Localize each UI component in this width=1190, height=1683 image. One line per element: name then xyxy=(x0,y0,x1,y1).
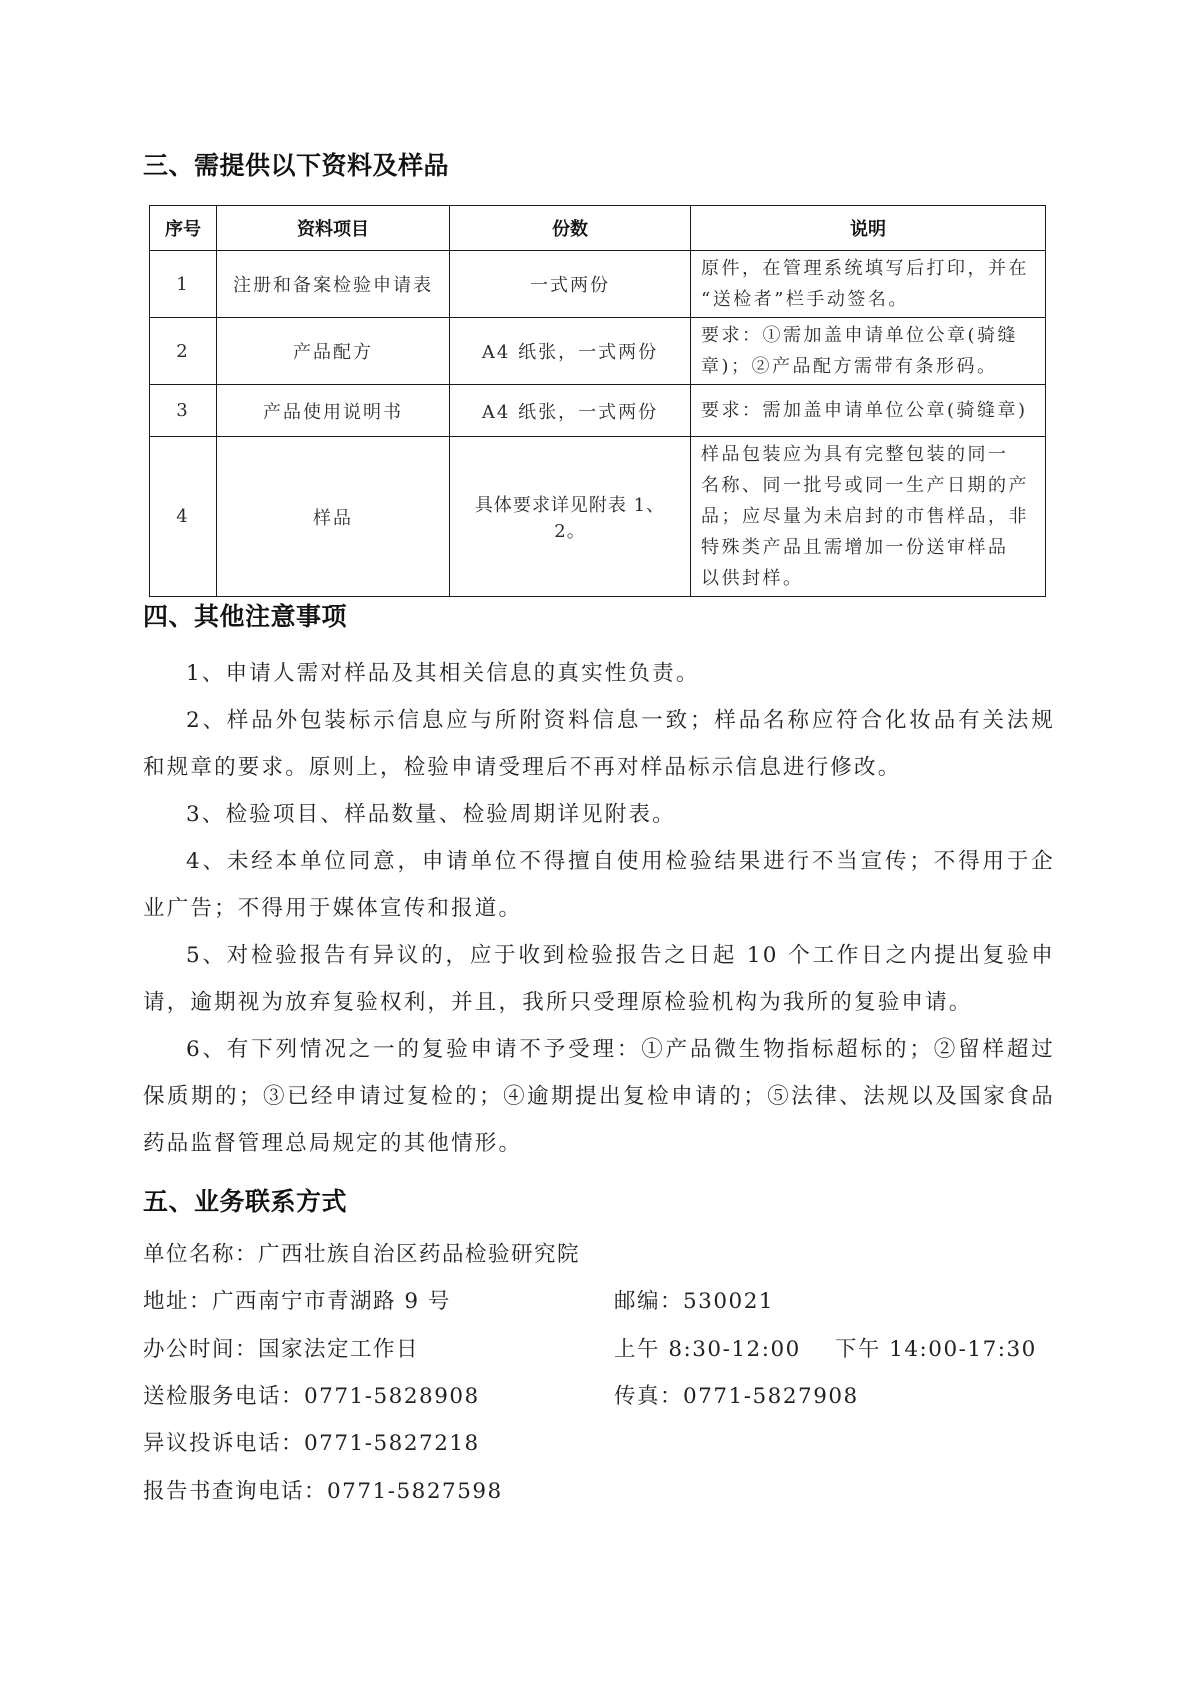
postcode: 邮编：530021 xyxy=(614,1284,774,1315)
table-header-row: 序号 资料项目 份数 说明 xyxy=(150,206,1046,251)
description-line: “送检者”栏手动签名。 xyxy=(701,284,1035,315)
note-item: 1、申请人需对样品及其相关信息的真实性负责。 xyxy=(143,650,1055,697)
description-line: 样品包装应为具有完整包装的同一 xyxy=(701,439,1035,470)
cell-description: 要求：需加盖申请单位公章(骑缝章) xyxy=(691,385,1046,437)
note-item: 2、样品外包装标示信息应与所附资料信息一致；样品名称应符合化妆品有关法规和规章的… xyxy=(143,697,1055,791)
cell-no: 2 xyxy=(150,318,217,385)
contact-complaint-row: 异议投诉电话：0771-5827218 xyxy=(143,1426,1055,1456)
header-description: 说明 xyxy=(691,206,1046,251)
table-row: 1 注册和备案检验申请表 一式两份 原件，在管理系统填写后打印，并在 “送检者”… xyxy=(150,251,1046,318)
complaint-phone: 异议投诉电话：0771-5827218 xyxy=(143,1426,480,1457)
cell-item: 产品配方 xyxy=(217,318,450,385)
table-row: 4 样品 具体要求详见附表 1、2。 样品包装应为具有完整包装的同一 名称、同一… xyxy=(150,437,1046,597)
table-row: 2 产品配方 A4 纸张，一式两份 要求：①需加盖申请单位公章(骑缝 章)；②产… xyxy=(150,318,1046,385)
description-line: 名称、同一批号或同一生产日期的产 xyxy=(701,470,1035,501)
description-line: 要求：①需加盖申请单位公章(骑缝 xyxy=(701,320,1035,351)
description-line: 特殊类产品且需增加一份送审样品 xyxy=(701,532,1035,563)
document-page: 三、需提供以下资料及样品 序号 资料项目 份数 说明 1 注册和备案检验申请表 … xyxy=(0,0,1190,1683)
cell-description: 要求：①需加盖申请单位公章(骑缝 章)；②产品配方需带有条形码。 xyxy=(691,318,1046,385)
contact-address-row: 地址：广西南宁市青湖路 9 号 邮编：530021 xyxy=(143,1284,1055,1314)
cell-description: 样品包装应为具有完整包装的同一 名称、同一批号或同一生产日期的产 品；应尽量为未… xyxy=(691,437,1046,597)
cell-no: 4 xyxy=(150,437,217,597)
cell-no: 3 xyxy=(150,385,217,437)
description-line: 原件，在管理系统填写后打印，并在 xyxy=(701,253,1035,284)
header-copies: 份数 xyxy=(450,206,691,251)
table-row: 3 产品使用说明书 A4 纸张，一式两份 要求：需加盖申请单位公章(骑缝章) xyxy=(150,385,1046,437)
section-5-title: 五、业务联系方式 xyxy=(143,1182,347,1218)
contact-phone-row: 送检服务电话：0771-5828908 传真：0771-5827908 xyxy=(143,1379,1055,1409)
description-line: 要求：需加盖申请单位公章(骑缝章) xyxy=(701,395,1035,426)
cell-copies: 一式两份 xyxy=(450,251,691,318)
description-line: 品；应尽量为未启封的市售样品，非 xyxy=(701,501,1035,532)
cell-copies: 具体要求详见附表 1、2。 xyxy=(450,437,691,597)
notes-list: 1、申请人需对样品及其相关信息的真实性负责。 2、样品外包装标示信息应与所附资料… xyxy=(143,650,1055,1167)
cell-item: 产品使用说明书 xyxy=(217,385,450,437)
address: 地址：广西南宁市青湖路 9 号 xyxy=(143,1284,451,1315)
office-hours-label: 办公时间：国家法定工作日 xyxy=(143,1332,419,1363)
note-item: 6、有下列情况之一的复验申请不予受理：①产品微生物指标超标的；②留样超过保质期的… xyxy=(143,1026,1055,1167)
cell-item: 样品 xyxy=(217,437,450,597)
cell-copies: A4 纸张，一式两份 xyxy=(450,318,691,385)
service-phone: 送检服务电话：0771-5828908 xyxy=(143,1379,480,1410)
cell-copies: A4 纸张，一式两份 xyxy=(450,385,691,437)
cell-description: 原件，在管理系统填写后打印，并在 “送检者”栏手动签名。 xyxy=(691,251,1046,318)
office-hours-am: 上午 8:30-12:00 xyxy=(614,1337,801,1362)
cell-no: 1 xyxy=(150,251,217,318)
note-item: 3、检验项目、样品数量、检验周期详见附表。 xyxy=(143,791,1055,838)
fax: 传真：0771-5827908 xyxy=(614,1379,859,1410)
description-line: 以供封样。 xyxy=(701,563,1035,594)
cell-item: 注册和备案检验申请表 xyxy=(217,251,450,318)
section-3-title: 三、需提供以下资料及样品 xyxy=(143,146,449,182)
report-query-phone: 报告书查询电话：0771-5827598 xyxy=(143,1474,503,1505)
materials-table: 序号 资料项目 份数 说明 1 注册和备案检验申请表 一式两份 原件，在管理系统… xyxy=(149,205,1046,597)
contact-report-row: 报告书查询电话：0771-5827598 xyxy=(143,1474,1055,1504)
header-item: 资料项目 xyxy=(217,206,450,251)
header-no: 序号 xyxy=(150,206,217,251)
note-item: 4、未经本单位同意，申请单位不得擅自使用检验结果进行不当宣传；不得用于企业广告；… xyxy=(143,838,1055,932)
contact-hours-row: 办公时间：国家法定工作日 上午 8:30-12:00下午 14:00-17:30 xyxy=(143,1332,1055,1362)
section-4-title: 四、其他注意事项 xyxy=(143,597,347,633)
contact-unit-name: 单位名称：广西壮族自治区药品检验研究院 xyxy=(143,1237,1055,1267)
unit-name: 单位名称：广西壮族自治区药品检验研究院 xyxy=(143,1237,580,1268)
note-item: 5、对检验报告有异议的，应于收到检验报告之日起 10 个工作日之内提出复验申请，… xyxy=(143,932,1055,1026)
office-hours-times: 上午 8:30-12:00下午 14:00-17:30 xyxy=(614,1332,1037,1363)
description-line: 章)；②产品配方需带有条形码。 xyxy=(701,351,1035,382)
office-hours-pm: 下午 14:00-17:30 xyxy=(835,1337,1037,1362)
